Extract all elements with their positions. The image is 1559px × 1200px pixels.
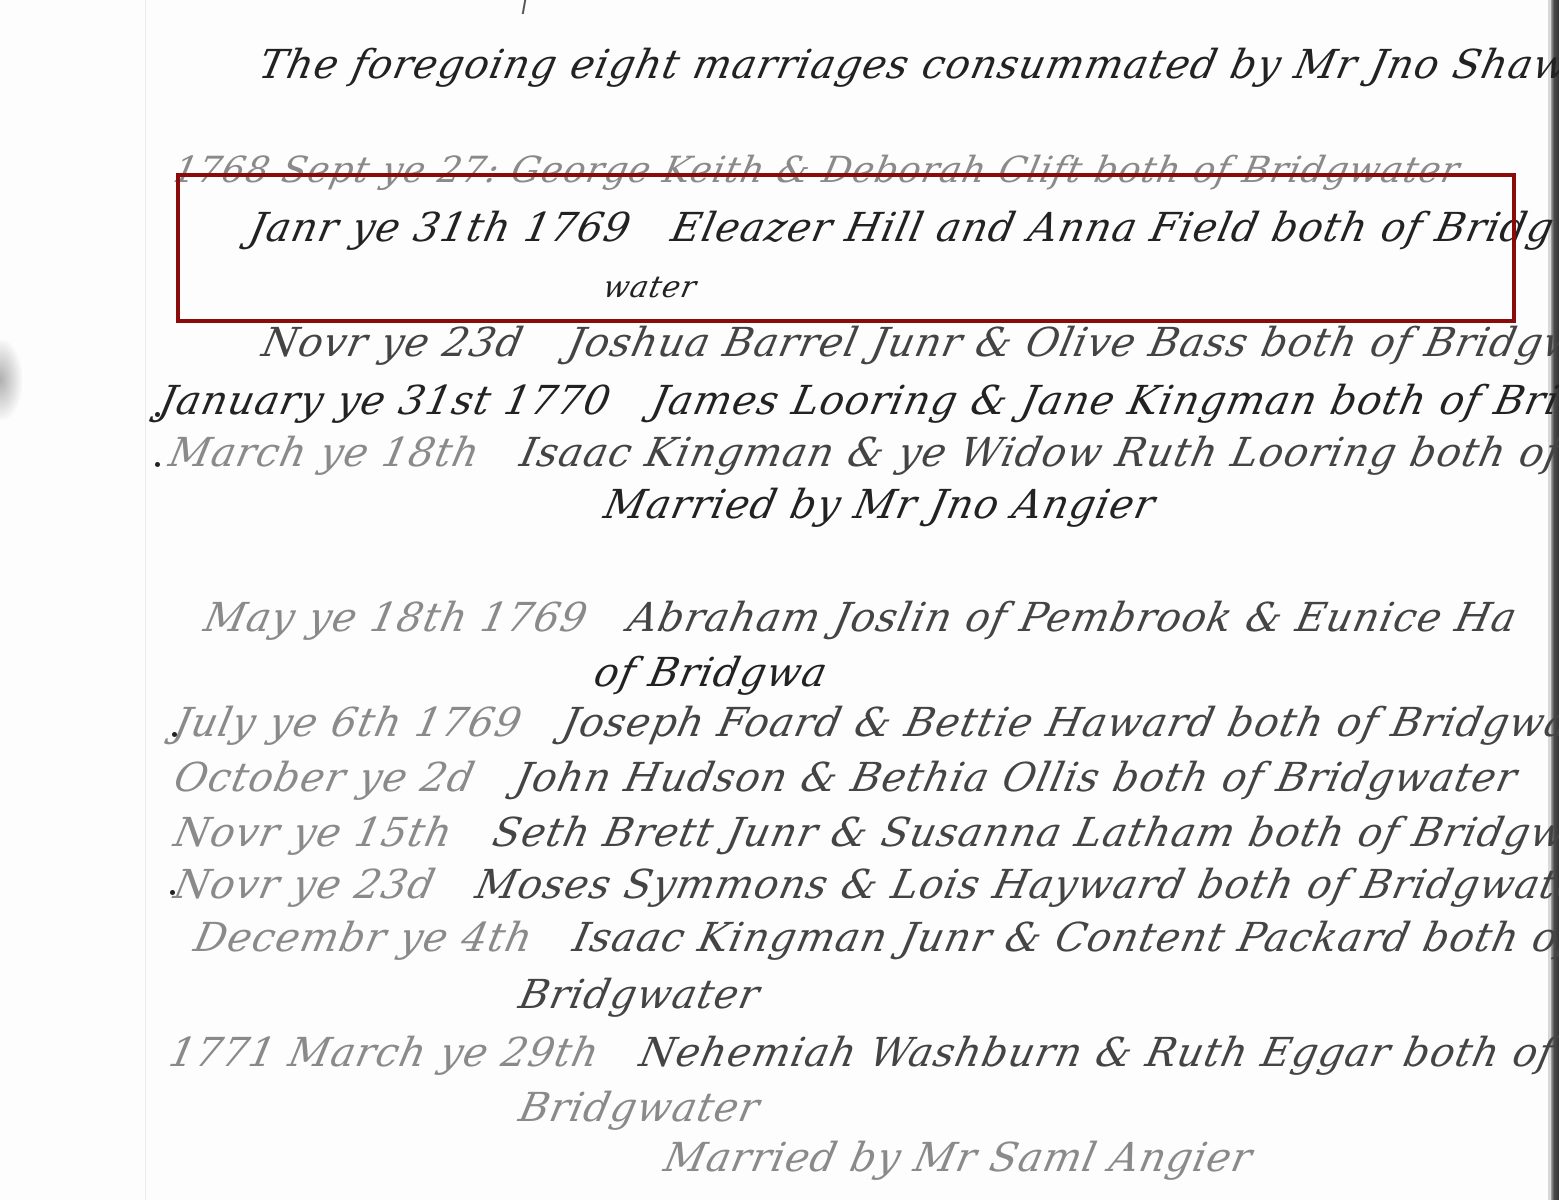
entry-names: Nehemiah Washburn & Ruth Eggar both of — [635, 1030, 1559, 1076]
entry-continuation: water — [600, 270, 700, 305]
register-entry: Novr ye 23d Moses Symmons & Lois Hayward… — [170, 862, 1559, 908]
entry-date: July ye 6th 1769 — [170, 700, 526, 746]
officiant-line: Married by Mr Saml Angier — [660, 1135, 1257, 1181]
register-entry: 1771 March ye 29th Nehemiah Washburn & R… — [165, 1030, 1559, 1076]
scan-smudge — [0, 340, 22, 420]
register-entry-highlighted: Janr ye 31th 1769 Eleazer Hill and Anna … — [245, 205, 1559, 251]
ink-dot — [172, 732, 177, 737]
register-entry: January ye 31st 1770 James Looring & Jan… — [155, 378, 1559, 424]
entry-continuation: Bridgwater — [515, 1085, 764, 1131]
entry-names: Joseph Foard & Bettie Haward both of Bri… — [558, 700, 1559, 746]
entry-names: George Keith & Deborah Clift both of Bri… — [507, 150, 1464, 191]
ink-dot — [155, 412, 160, 417]
register-entry-faint: 1768 Sept ye 27: George Keith & Deborah … — [170, 150, 1464, 191]
entry-date: March ye 18th — [165, 430, 484, 476]
entry-names: Abraham Joslin of Pembrook & Eunice Ha — [624, 595, 1522, 641]
register-entry: Decembr ye 4th Isaac Kingman Junr & Cont… — [190, 915, 1559, 961]
register-entry: May ye 18th 1769 Abraham Joslin of Pembr… — [200, 595, 1522, 641]
entry-names: Eleazer Hill and Anna Field both of Brid… — [667, 205, 1558, 251]
register-entry: October ye 2d John Hudson & Bethia Ollis… — [170, 755, 1522, 801]
register-entry: Novr ye 23d Joshua Barrel Junr & Olive B… — [258, 320, 1559, 366]
entry-continuation: of Bridgwa — [590, 650, 832, 696]
entry-names: Isaac Kingman Junr & Content Packard bot… — [569, 915, 1559, 961]
entry-date: 1771 March ye 29th — [165, 1030, 604, 1076]
register-page: The foregoing eight marriages consummate… — [0, 0, 1559, 1200]
entry-date: Novr ye 15th — [170, 810, 457, 856]
entry-date: Novr ye 23d — [170, 862, 440, 908]
section-heading: The foregoing eight marriages consummate… — [255, 42, 1559, 88]
register-entry: July ye 6th 1769 Joseph Foard & Bettie H… — [170, 700, 1559, 746]
entry-names: James Looring & Jane Kingman both of Bri… — [647, 378, 1559, 424]
entry-date: Janr ye 31th 1769 — [245, 205, 635, 251]
ink-dot — [170, 890, 175, 895]
entry-date: Decembr ye 4th — [190, 915, 537, 961]
entry-date: May ye 18th 1769 — [200, 595, 592, 641]
entry-date: January ye 31st 1770 — [155, 378, 615, 424]
entry-names: Joshua Barrel Junr & Olive Bass both of … — [563, 320, 1559, 366]
entry-date: Novr ye 23d — [258, 320, 528, 366]
entry-date: October ye 2d — [170, 755, 479, 801]
register-entry: Novr ye 15th Seth Brett Junr & Susanna L… — [170, 810, 1559, 856]
entry-date: 1768 Sept ye 27: — [170, 150, 504, 191]
margin-rule — [145, 0, 146, 1200]
ink-dot — [155, 462, 160, 467]
entry-continuation: Bridgwater — [515, 972, 764, 1018]
entry-names: Isaac Kingman & ye Widow Ruth Looring bo… — [516, 430, 1559, 476]
pencil-mark — [522, 0, 526, 14]
entry-names: John Hudson & Bethia Ollis both of Bridg… — [511, 755, 1522, 801]
page-binding-edge — [1551, 0, 1559, 1200]
officiant-line: Married by Mr Jno Angier — [600, 482, 1160, 528]
entry-names: Seth Brett Junr & Susanna Latham both of… — [489, 810, 1559, 856]
register-entry: March ye 18th Isaac Kingman & ye Widow R… — [165, 430, 1559, 476]
entry-names: Moses Symmons & Lois Hayward both of Bri… — [471, 862, 1559, 908]
